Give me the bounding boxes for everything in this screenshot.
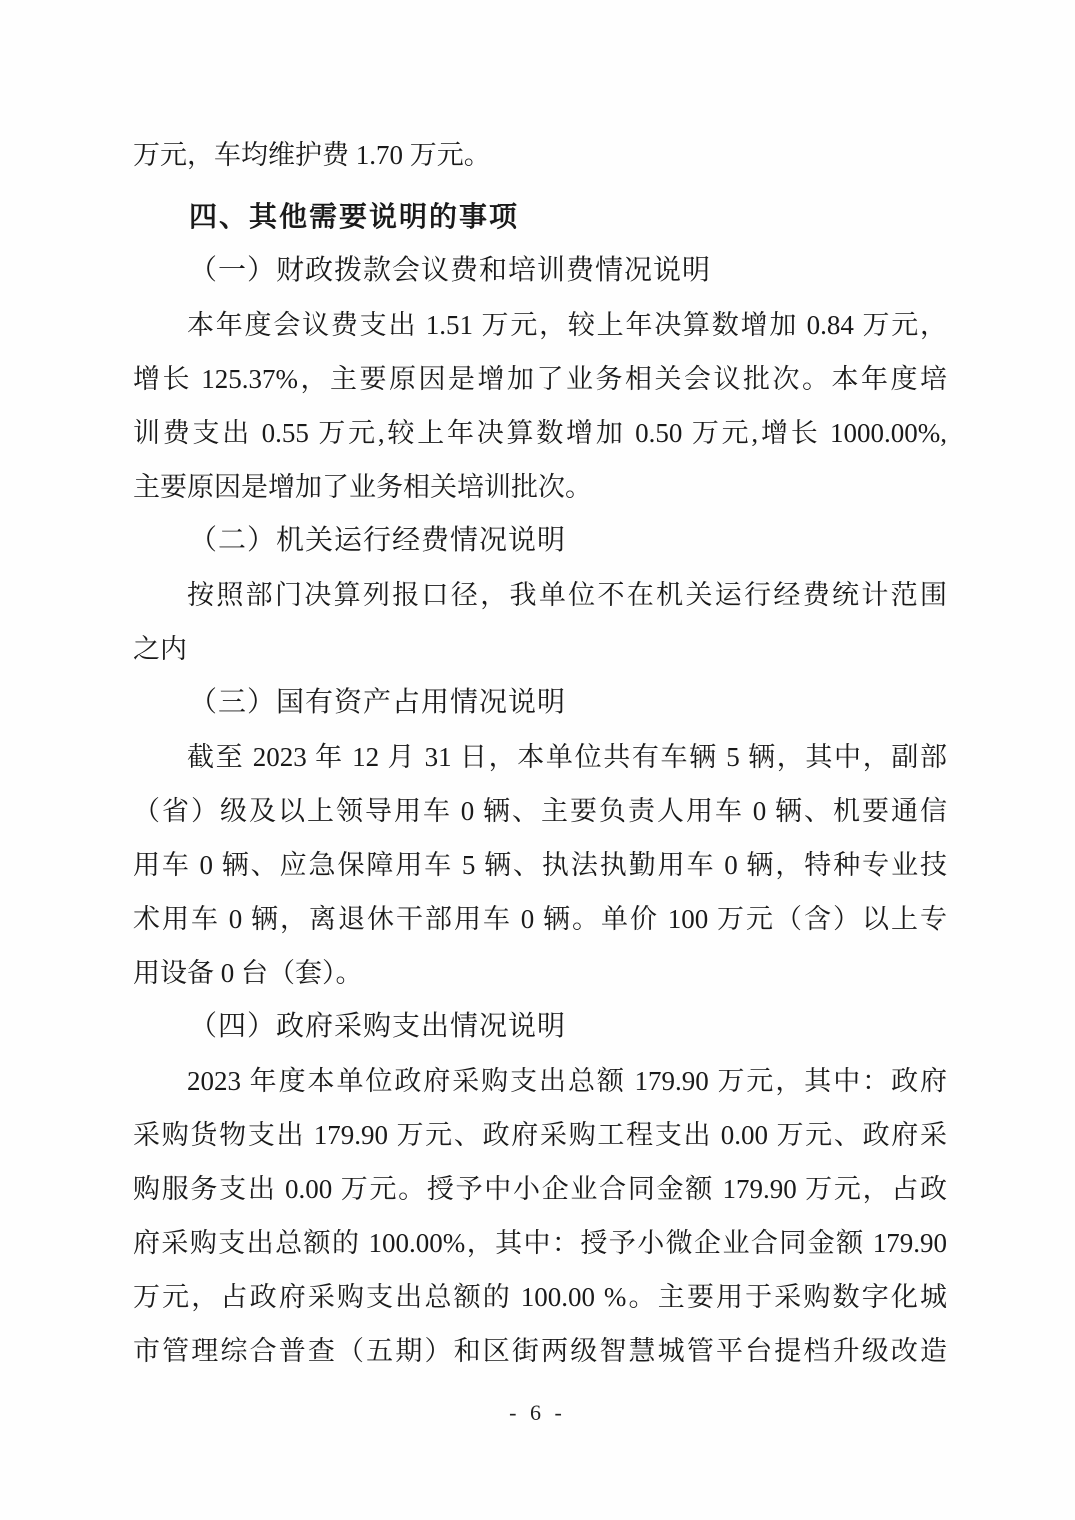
text-line: （二）机关运行经费情况说明 xyxy=(133,514,947,568)
text-line: 之内 xyxy=(133,622,947,676)
paragraph-meeting-training-fees: 本年度会议费支出 1.51 万元，较上年决算数增加 0.84 万元，增长 125… xyxy=(133,298,947,514)
text-line: 用设备 0 台（套）。 xyxy=(133,946,947,1000)
heading-sub-two-agency-operating-funds: （二）机关运行经费情况说明 xyxy=(133,514,947,568)
text-line: 市管理综合普查（五期）和区街两级智慧城管平台提档升级改造 xyxy=(133,1324,947,1378)
text-line: 用车 0 辆、应急保障用车 5 辆、执法执勤用车 0 辆，特种专业技 xyxy=(133,838,947,892)
text-line: （一）财政拨款会议费和培训费情况说明 xyxy=(133,244,947,298)
text-line: 本年度会议费支出 1.51 万元，较上年决算数增加 0.84 万元， xyxy=(133,298,947,352)
text-line: 购服务支出 0.00 万元。授予中小企业合同金额 179.90 万元，占政 xyxy=(133,1162,947,1216)
text-line: （三）国有资产占用情况说明 xyxy=(133,676,947,730)
text-line: 增长 125.37%，主要原因是增加了业务相关会议批次。本年度培 xyxy=(133,352,947,406)
heading-sub-four-gov-procurement: （四）政府采购支出情况说明 xyxy=(133,1000,947,1054)
text-line: 截至 2023 年 12 月 31 日，本单位共有车辆 5 辆，其中，副部 xyxy=(133,730,947,784)
heading-sub-three-state-assets: （三）国有资产占用情况说明 xyxy=(133,676,947,730)
text-line: 2023 年度本单位政府采购支出总额 179.90 万元，其中：政府 xyxy=(133,1054,947,1108)
text-line: 训费支出 0.55 万元,较上年决算数增加 0.50 万元,增长 1000.00… xyxy=(133,406,947,460)
text-line: 按照部门决算列报口径，我单位不在机关运行经费统计范围 xyxy=(133,568,947,622)
paragraph-gov-procurement: 2023 年度本单位政府采购支出总额 179.90 万元，其中：政府采购货物支出… xyxy=(133,1054,947,1378)
text-line: （四）政府采购支出情况说明 xyxy=(133,1000,947,1054)
text-line: （省）级及以上领导用车 0 辆、主要负责人用车 0 辆、机要通信 xyxy=(133,784,947,838)
document-page: 万元，车均维护费 1.70 万元。四、其他需要说明的事项（一）财政拨款会议费和培… xyxy=(0,0,1075,1520)
paragraph-state-assets: 截至 2023 年 12 月 31 日，本单位共有车辆 5 辆，其中，副部（省）… xyxy=(133,730,947,1000)
text-line: 万元，车均维护费 1.70 万元。 xyxy=(133,128,947,182)
page-number: - 6 - xyxy=(0,1398,1075,1428)
text-line: 府采购支出总额的 100.00%，其中：授予小微企业合同金额 179.90 xyxy=(133,1216,947,1270)
heading-section-four: 四、其他需要说明的事项 xyxy=(133,190,947,244)
text-line: 万元，占政府采购支出总额的 100.00 %。主要用于采购数字化城 xyxy=(133,1270,947,1324)
text-line: 术用车 0 辆，离退休干部用车 0 辆。单价 100 万元（含）以上专 xyxy=(133,892,947,946)
document-body: 万元，车均维护费 1.70 万元。四、其他需要说明的事项（一）财政拨款会议费和培… xyxy=(133,128,947,1378)
text-line: 四、其他需要说明的事项 xyxy=(133,190,947,244)
paragraph-vehicle-maintenance-continuation: 万元，车均维护费 1.70 万元。 xyxy=(133,128,947,182)
text-line: 采购货物支出 179.90 万元、政府采购工程支出 0.00 万元、政府采 xyxy=(133,1108,947,1162)
heading-sub-one-meeting-training-fees: （一）财政拨款会议费和培训费情况说明 xyxy=(133,244,947,298)
text-line: 主要原因是增加了业务相关培训批次。 xyxy=(133,460,947,514)
paragraph-agency-operating-funds: 按照部门决算列报口径，我单位不在机关运行经费统计范围之内 xyxy=(133,568,947,676)
